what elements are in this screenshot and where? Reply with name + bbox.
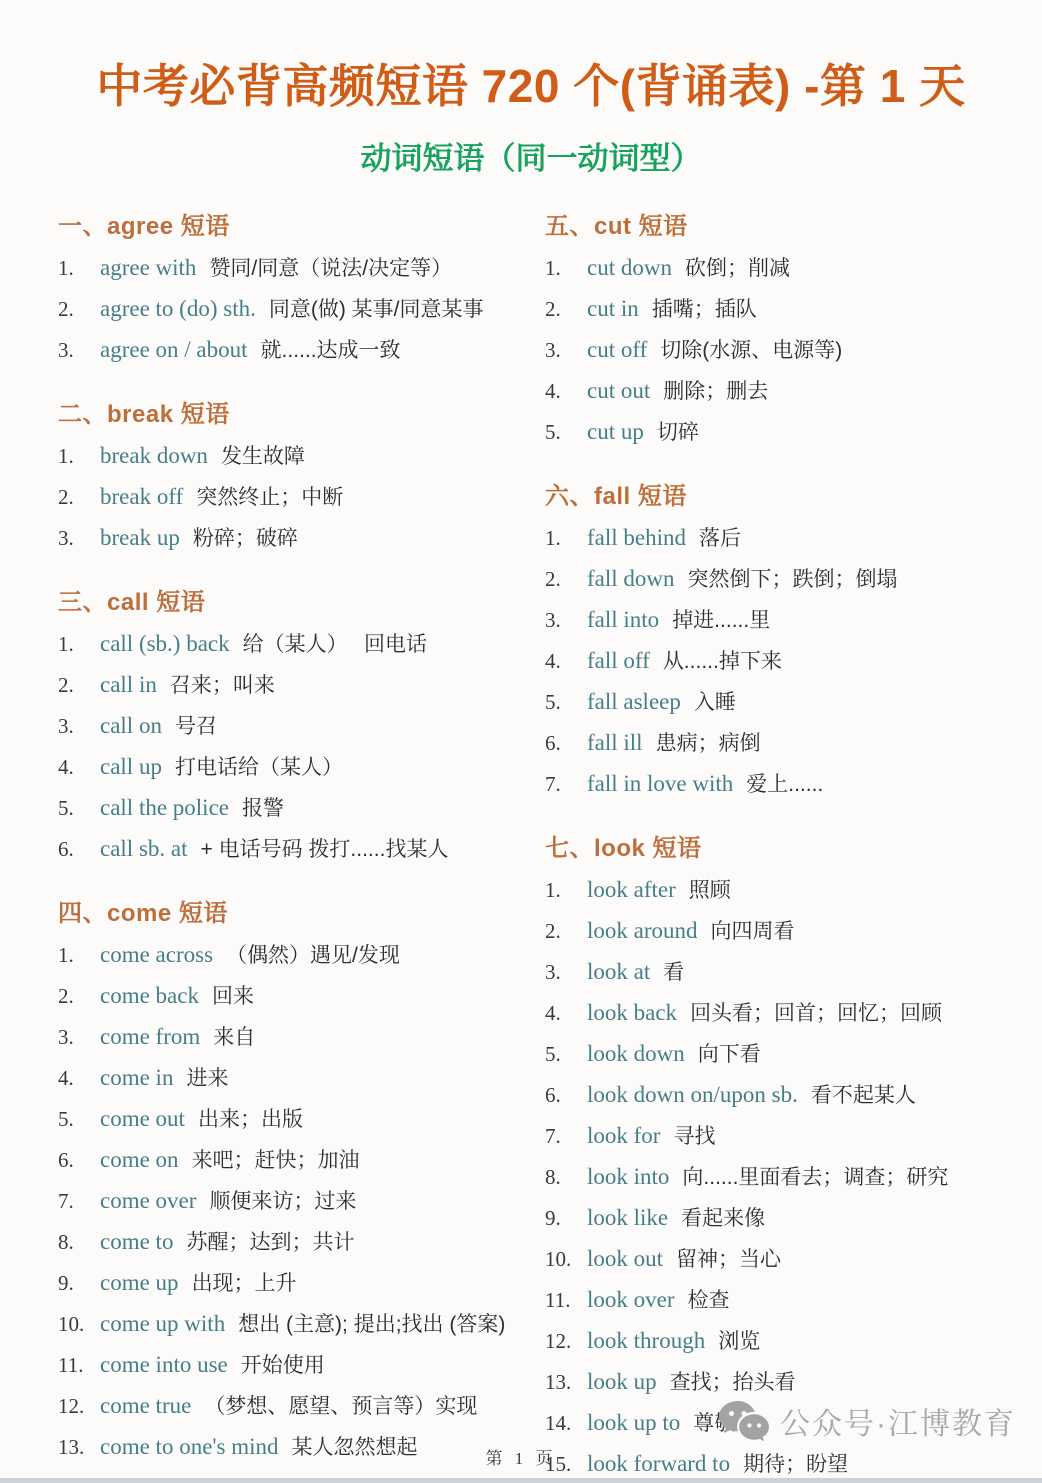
right-column: 五、cut 短语 1. cut down 砍倒；削减 2. cut in 插嘴；… xyxy=(545,202,1004,1483)
item-meaning: 来自 xyxy=(213,1018,255,1058)
phrase-list: 1. break down 发生故障 2. break off 突然终止；中断 … xyxy=(58,436,517,559)
phrase-list: 1. call (sb.) back 给（某人） 回电话 2. call in … xyxy=(58,624,517,870)
item-phrase: cut up xyxy=(587,412,644,452)
section-header: 二、break 短语 xyxy=(58,394,517,429)
item-phrase: agree with xyxy=(100,248,196,288)
item-meaning: 切除(水源、电源等) xyxy=(660,331,842,371)
phrase-item: 6. fall ill 患病；病倒 xyxy=(545,723,1004,764)
item-phrase: come up with xyxy=(100,1304,225,1344)
item-meaning: 顺便来访；过来 xyxy=(209,1182,356,1222)
item-number: 4. xyxy=(545,641,587,681)
item-phrase: call on xyxy=(100,706,162,746)
item-number: 1. xyxy=(545,248,587,288)
item-number: 10. xyxy=(545,1239,587,1279)
phrase-item: 3. look at 看 xyxy=(545,952,1004,993)
item-phrase: look into xyxy=(587,1157,669,1197)
item-phrase: look for xyxy=(587,1116,660,1156)
item-phrase: look up xyxy=(587,1362,657,1402)
phrase-item: 6. look down on/upon sb. 看不起某人 xyxy=(545,1075,1004,1116)
item-number: 13. xyxy=(545,1362,587,1402)
item-number: 6. xyxy=(545,1075,587,1115)
bottom-edge-line xyxy=(0,1478,1042,1483)
phrase-list: 1. cut down 砍倒；削减 2. cut in 插嘴；插队 3. cut… xyxy=(545,248,1004,453)
phrase-item: 4. call up 打电话给（某人） xyxy=(58,747,517,788)
item-number: 14. xyxy=(545,1403,587,1443)
item-number: 2. xyxy=(545,289,587,329)
item-number: 5. xyxy=(545,682,587,722)
item-phrase: look down xyxy=(587,1034,685,1074)
phrase-item: 7. come over 顺便来访；过来 xyxy=(58,1181,517,1222)
item-number: 3. xyxy=(58,330,100,370)
phrase-item: 12. come true （梦想、愿望、预言等）实现 xyxy=(58,1386,517,1427)
phrase-section: 三、call 短语 1. call (sb.) back 给（某人） 回电话 2… xyxy=(58,582,517,870)
item-number: 3. xyxy=(545,952,587,992)
phrase-item: 1. look after 照顾 xyxy=(545,870,1004,911)
item-meaning: 赞同/同意（说法/决定等） xyxy=(209,249,452,289)
item-number: 11. xyxy=(58,1345,100,1385)
item-number: 5. xyxy=(58,1099,100,1139)
item-meaning: 突然倒下；跌倒；倒塌 xyxy=(688,560,898,600)
item-meaning: 浏览 xyxy=(718,1322,760,1362)
item-phrase: come out xyxy=(100,1099,185,1139)
item-phrase: come across xyxy=(100,935,213,975)
page-footer: 第 1 页 xyxy=(0,1444,1042,1469)
item-meaning: 照顾 xyxy=(689,871,731,911)
item-number: 4. xyxy=(58,1058,100,1098)
phrase-item: 13. look up 查找；抬头看 xyxy=(545,1362,1004,1403)
item-meaning: 开始使用 xyxy=(241,1346,325,1386)
phrase-list: 1. come across （偶然）遇见/发现 2. come back 回来… xyxy=(58,935,517,1468)
item-number: 10. xyxy=(58,1304,100,1344)
item-meaning: 出现；上升 xyxy=(192,1264,297,1304)
item-meaning: 砍倒；削减 xyxy=(685,249,790,289)
item-phrase: cut in xyxy=(587,289,639,329)
phrase-item: 3. fall into 掉进......里 xyxy=(545,600,1004,641)
item-meaning: 想出 (主意); 提出;找出 (答案) xyxy=(238,1305,505,1345)
item-meaning: 号召 xyxy=(175,707,217,747)
item-phrase: look up to xyxy=(587,1403,680,1443)
item-number: 6. xyxy=(545,723,587,763)
item-number: 1. xyxy=(545,518,587,558)
left-column: 一、agree 短语 1. agree with 赞同/同意（说法/决定等） 2… xyxy=(58,202,517,1483)
phrase-item: 1. agree with 赞同/同意（说法/决定等） xyxy=(58,248,517,289)
item-phrase: fall asleep xyxy=(587,682,681,722)
phrase-item: 8. look into 向......里面看去；调查；研究 xyxy=(545,1157,1004,1198)
item-phrase: fall off xyxy=(587,641,650,681)
item-phrase: break off xyxy=(100,477,183,517)
item-meaning: 寻找 xyxy=(673,1117,715,1157)
item-meaning: 向下看 xyxy=(698,1035,761,1075)
item-meaning: 患病；病倒 xyxy=(656,724,761,764)
item-meaning: 向四周看 xyxy=(711,912,795,952)
item-meaning: 插嘴；插队 xyxy=(652,290,757,330)
phrase-item: 9. come up 出现；上升 xyxy=(58,1263,517,1304)
item-phrase: come on xyxy=(100,1140,179,1180)
item-meaning: 落后 xyxy=(699,519,741,559)
phrase-item: 3. agree on / about 就......达成一致 xyxy=(58,330,517,371)
item-phrase: call in xyxy=(100,665,157,705)
phrase-columns: 一、agree 短语 1. agree with 赞同/同意（说法/决定等） 2… xyxy=(58,202,1004,1483)
page-title: 中考必背高频短语 720 个(背诵表) -第 1 天 xyxy=(58,50,1004,116)
item-phrase: fall ill xyxy=(587,723,643,763)
phrase-item: 6. call sb. at + 电话号码 拨打......找某人 xyxy=(58,829,517,870)
item-phrase: come in xyxy=(100,1058,173,1098)
item-number: 2. xyxy=(545,559,587,599)
item-number: 2. xyxy=(58,289,100,329)
item-phrase: come to xyxy=(100,1222,173,1262)
phrase-item: 7. fall in love with 爱上...... xyxy=(545,764,1004,805)
item-meaning: （偶然）遇见/发现 xyxy=(226,936,400,976)
item-meaning: 看 xyxy=(663,953,684,993)
item-meaning: 回头看；回首；回忆；回顾 xyxy=(690,994,942,1034)
item-phrase: look down on/upon sb. xyxy=(587,1075,798,1115)
item-meaning: 查找；抬头看 xyxy=(670,1363,796,1403)
item-phrase: cut down xyxy=(587,248,672,288)
phrase-item: 3. cut off 切除(水源、电源等) xyxy=(545,330,1004,371)
phrase-item: 7. look for 寻找 xyxy=(545,1116,1004,1157)
item-phrase: come from xyxy=(100,1017,200,1057)
item-meaning: 从......掉下来 xyxy=(663,642,782,682)
item-meaning: 切碎 xyxy=(657,413,699,453)
phrase-section: 二、break 短语 1. break down 发生故障 2. break o… xyxy=(58,394,517,559)
watermark-text: 公众号·江博教育 xyxy=(780,1399,1016,1443)
item-meaning: 打电话给（某人） xyxy=(175,748,343,788)
item-number: 1. xyxy=(58,935,100,975)
phrase-item: 4. look back 回头看；回首；回忆；回顾 xyxy=(545,993,1004,1034)
phrase-item: 10. look out 留神；当心 xyxy=(545,1239,1004,1280)
phrase-item: 6. come on 来吧；赶快；加油 xyxy=(58,1140,517,1181)
item-phrase: call (sb.) back xyxy=(100,624,230,664)
item-number: 12. xyxy=(58,1386,100,1426)
phrase-item: 10. come up with 想出 (主意); 提出;找出 (答案) xyxy=(58,1304,517,1345)
phrase-item: 9. look like 看起来像 xyxy=(545,1198,1004,1239)
phrase-item: 2. fall down 突然倒下；跌倒；倒塌 xyxy=(545,559,1004,600)
item-number: 6. xyxy=(58,829,100,869)
item-number: 1. xyxy=(58,624,100,664)
item-number: 3. xyxy=(545,600,587,640)
phrase-list: 1. fall behind 落后 2. fall down 突然倒下；跌倒；倒… xyxy=(545,518,1004,805)
item-number: 8. xyxy=(58,1222,100,1262)
item-number: 6. xyxy=(58,1140,100,1180)
item-number: 3. xyxy=(58,706,100,746)
phrase-item: 4. come in 进来 xyxy=(58,1058,517,1099)
item-phrase: fall down xyxy=(587,559,675,599)
item-number: 9. xyxy=(545,1198,587,1238)
item-meaning: 就......达成一致 xyxy=(261,331,401,371)
item-meaning: 看起来像 xyxy=(681,1199,765,1239)
item-phrase: look around xyxy=(587,911,698,951)
phrase-item: 4. cut out 删除；删去 xyxy=(545,371,1004,412)
section-header: 七、look 短语 xyxy=(545,828,1004,863)
phrase-item: 5. look down 向下看 xyxy=(545,1034,1004,1075)
phrase-item: 8. come to 苏醒；达到；共计 xyxy=(58,1222,517,1263)
item-meaning: 同意(做) 某事/同意某事 xyxy=(269,290,484,330)
item-number: 1. xyxy=(545,870,587,910)
item-meaning: 苏醒；达到；共计 xyxy=(186,1223,354,1263)
item-number: 4. xyxy=(58,747,100,787)
phrase-item: 2. look around 向四周看 xyxy=(545,911,1004,952)
item-phrase: fall behind xyxy=(587,518,686,558)
item-meaning: 检查 xyxy=(688,1281,730,1321)
item-meaning: 进来 xyxy=(186,1059,228,1099)
item-number: 2. xyxy=(58,665,100,705)
phrase-item: 5. call the police 报警 xyxy=(58,788,517,829)
phrase-item: 3. call on 号召 xyxy=(58,706,517,747)
item-meaning: + 电话号码 拨打......找某人 xyxy=(201,830,449,870)
item-meaning: 发生故障 xyxy=(221,437,305,477)
item-number: 3. xyxy=(58,518,100,558)
phrase-item: 2. cut in 插嘴；插队 xyxy=(545,289,1004,330)
item-number: 5. xyxy=(58,788,100,828)
phrase-section: 五、cut 短语 1. cut down 砍倒；削减 2. cut in 插嘴；… xyxy=(545,206,1004,453)
phrase-item: 2. agree to (do) sth. 同意(做) 某事/同意某事 xyxy=(58,289,517,330)
item-number: 7. xyxy=(58,1181,100,1221)
phrase-item: 5. come out 出来；出版 xyxy=(58,1099,517,1140)
item-phrase: call the police xyxy=(100,788,229,828)
section-header: 一、agree 短语 xyxy=(58,206,517,241)
item-phrase: look back xyxy=(587,993,677,1033)
phrase-list: 1. look after 照顾 2. look around 向四周看 3. … xyxy=(545,870,1004,1483)
phrase-section: 六、fall 短语 1. fall behind 落后 2. fall down… xyxy=(545,476,1004,805)
phrase-item: 11. come into use 开始使用 xyxy=(58,1345,517,1386)
item-meaning: 给（某人） 回电话 xyxy=(243,625,427,665)
phrase-item: 4. fall off 从......掉下来 xyxy=(545,641,1004,682)
phrase-item: 3. come from 来自 xyxy=(58,1017,517,1058)
item-meaning: 入睡 xyxy=(694,683,736,723)
phrase-list: 1. agree with 赞同/同意（说法/决定等） 2. agree to … xyxy=(58,248,517,371)
phrase-item: 2. call in 召来；叫来 xyxy=(58,665,517,706)
phrase-section: 四、come 短语 1. come across （偶然）遇见/发现 2. co… xyxy=(58,893,517,1468)
phrase-item: 1. fall behind 落后 xyxy=(545,518,1004,559)
item-meaning: 粉碎；破碎 xyxy=(193,519,298,559)
item-phrase: look through xyxy=(587,1321,705,1361)
item-meaning: 看不起某人 xyxy=(811,1076,916,1116)
item-number: 3. xyxy=(545,330,587,370)
phrase-item: 2. come back 回来 xyxy=(58,976,517,1017)
item-number: 2. xyxy=(545,911,587,951)
item-number: 5. xyxy=(545,1034,587,1074)
phrase-section: 一、agree 短语 1. agree with 赞同/同意（说法/决定等） 2… xyxy=(58,206,517,371)
phrase-item: 1. cut down 砍倒；削减 xyxy=(545,248,1004,289)
item-meaning: 召来；叫来 xyxy=(170,666,275,706)
item-phrase: come into use xyxy=(100,1345,228,1385)
watermark: 公众号·江博教育 xyxy=(718,1399,1016,1443)
item-phrase: break down xyxy=(100,436,208,476)
item-meaning: 回来 xyxy=(212,977,254,1017)
phrase-item: 2. break off 突然终止；中断 xyxy=(58,477,517,518)
page-subtitle: 动词短语（同一动词型） xyxy=(58,133,1004,178)
item-phrase: break up xyxy=(100,518,180,558)
item-phrase: fall in love with xyxy=(587,764,733,804)
item-meaning: 掉进......里 xyxy=(672,601,770,641)
phrase-item: 12. look through 浏览 xyxy=(545,1321,1004,1362)
item-phrase: look like xyxy=(587,1198,668,1238)
item-phrase: cut out xyxy=(587,371,650,411)
item-meaning: 报警 xyxy=(242,789,284,829)
wechat-icon xyxy=(718,1399,770,1443)
phrase-item: 1. call (sb.) back 给（某人） 回电话 xyxy=(58,624,517,665)
section-header: 六、fall 短语 xyxy=(545,476,1004,511)
item-meaning: （梦想、愿望、预言等）实现 xyxy=(204,1387,477,1427)
phrase-item: 1. come across （偶然）遇见/发现 xyxy=(58,935,517,976)
item-meaning: 留神；当心 xyxy=(676,1240,781,1280)
item-number: 11. xyxy=(545,1280,587,1320)
item-number: 9. xyxy=(58,1263,100,1303)
item-meaning: 删除；删去 xyxy=(663,372,768,412)
item-phrase: look out xyxy=(587,1239,663,1279)
item-meaning: 来吧；赶快；加油 xyxy=(192,1141,360,1181)
item-number: 7. xyxy=(545,1116,587,1156)
item-number: 12. xyxy=(545,1321,587,1361)
item-number: 4. xyxy=(545,371,587,411)
item-phrase: call sb. at xyxy=(100,829,188,869)
item-phrase: come up xyxy=(100,1263,179,1303)
item-number: 4. xyxy=(545,993,587,1033)
item-number: 5. xyxy=(545,412,587,452)
item-phrase: look after xyxy=(587,870,676,910)
item-phrase: come true xyxy=(100,1386,191,1426)
item-number: 2. xyxy=(58,976,100,1016)
item-meaning: 爱上...... xyxy=(746,765,823,805)
item-meaning: 突然终止；中断 xyxy=(196,478,343,518)
item-number: 8. xyxy=(545,1157,587,1197)
phrase-item: 5. fall asleep 入睡 xyxy=(545,682,1004,723)
item-phrase: fall into xyxy=(587,600,659,640)
phrase-item: 3. break up 粉碎；破碎 xyxy=(58,518,517,559)
phrase-item: 11. look over 检查 xyxy=(545,1280,1004,1321)
section-header: 三、call 短语 xyxy=(58,582,517,617)
item-phrase: look over xyxy=(587,1280,675,1320)
document-page: 中考必背高频短语 720 个(背诵表) -第 1 天 动词短语（同一动词型） 一… xyxy=(0,0,1042,1483)
item-number: 7. xyxy=(545,764,587,804)
item-phrase: look at xyxy=(587,952,650,992)
item-phrase: come back xyxy=(100,976,199,1016)
item-phrase: agree on / about xyxy=(100,330,248,370)
phrase-item: 5. cut up 切碎 xyxy=(545,412,1004,453)
phrase-item: 1. break down 发生故障 xyxy=(58,436,517,477)
item-number: 3. xyxy=(58,1017,100,1057)
item-meaning: 向......里面看去；调查；研究 xyxy=(682,1158,948,1198)
item-phrase: call up xyxy=(100,747,162,787)
item-phrase: come over xyxy=(100,1181,196,1221)
item-phrase: cut off xyxy=(587,330,647,370)
section-header: 四、come 短语 xyxy=(58,893,517,928)
item-number: 1. xyxy=(58,436,100,476)
item-number: 1. xyxy=(58,248,100,288)
item-number: 2. xyxy=(58,477,100,517)
section-header: 五、cut 短语 xyxy=(545,206,1004,241)
phrase-section: 七、look 短语 1. look after 照顾 2. look aroun… xyxy=(545,828,1004,1483)
item-phrase: agree to (do) sth. xyxy=(100,289,256,329)
item-meaning: 出来；出版 xyxy=(198,1100,303,1140)
